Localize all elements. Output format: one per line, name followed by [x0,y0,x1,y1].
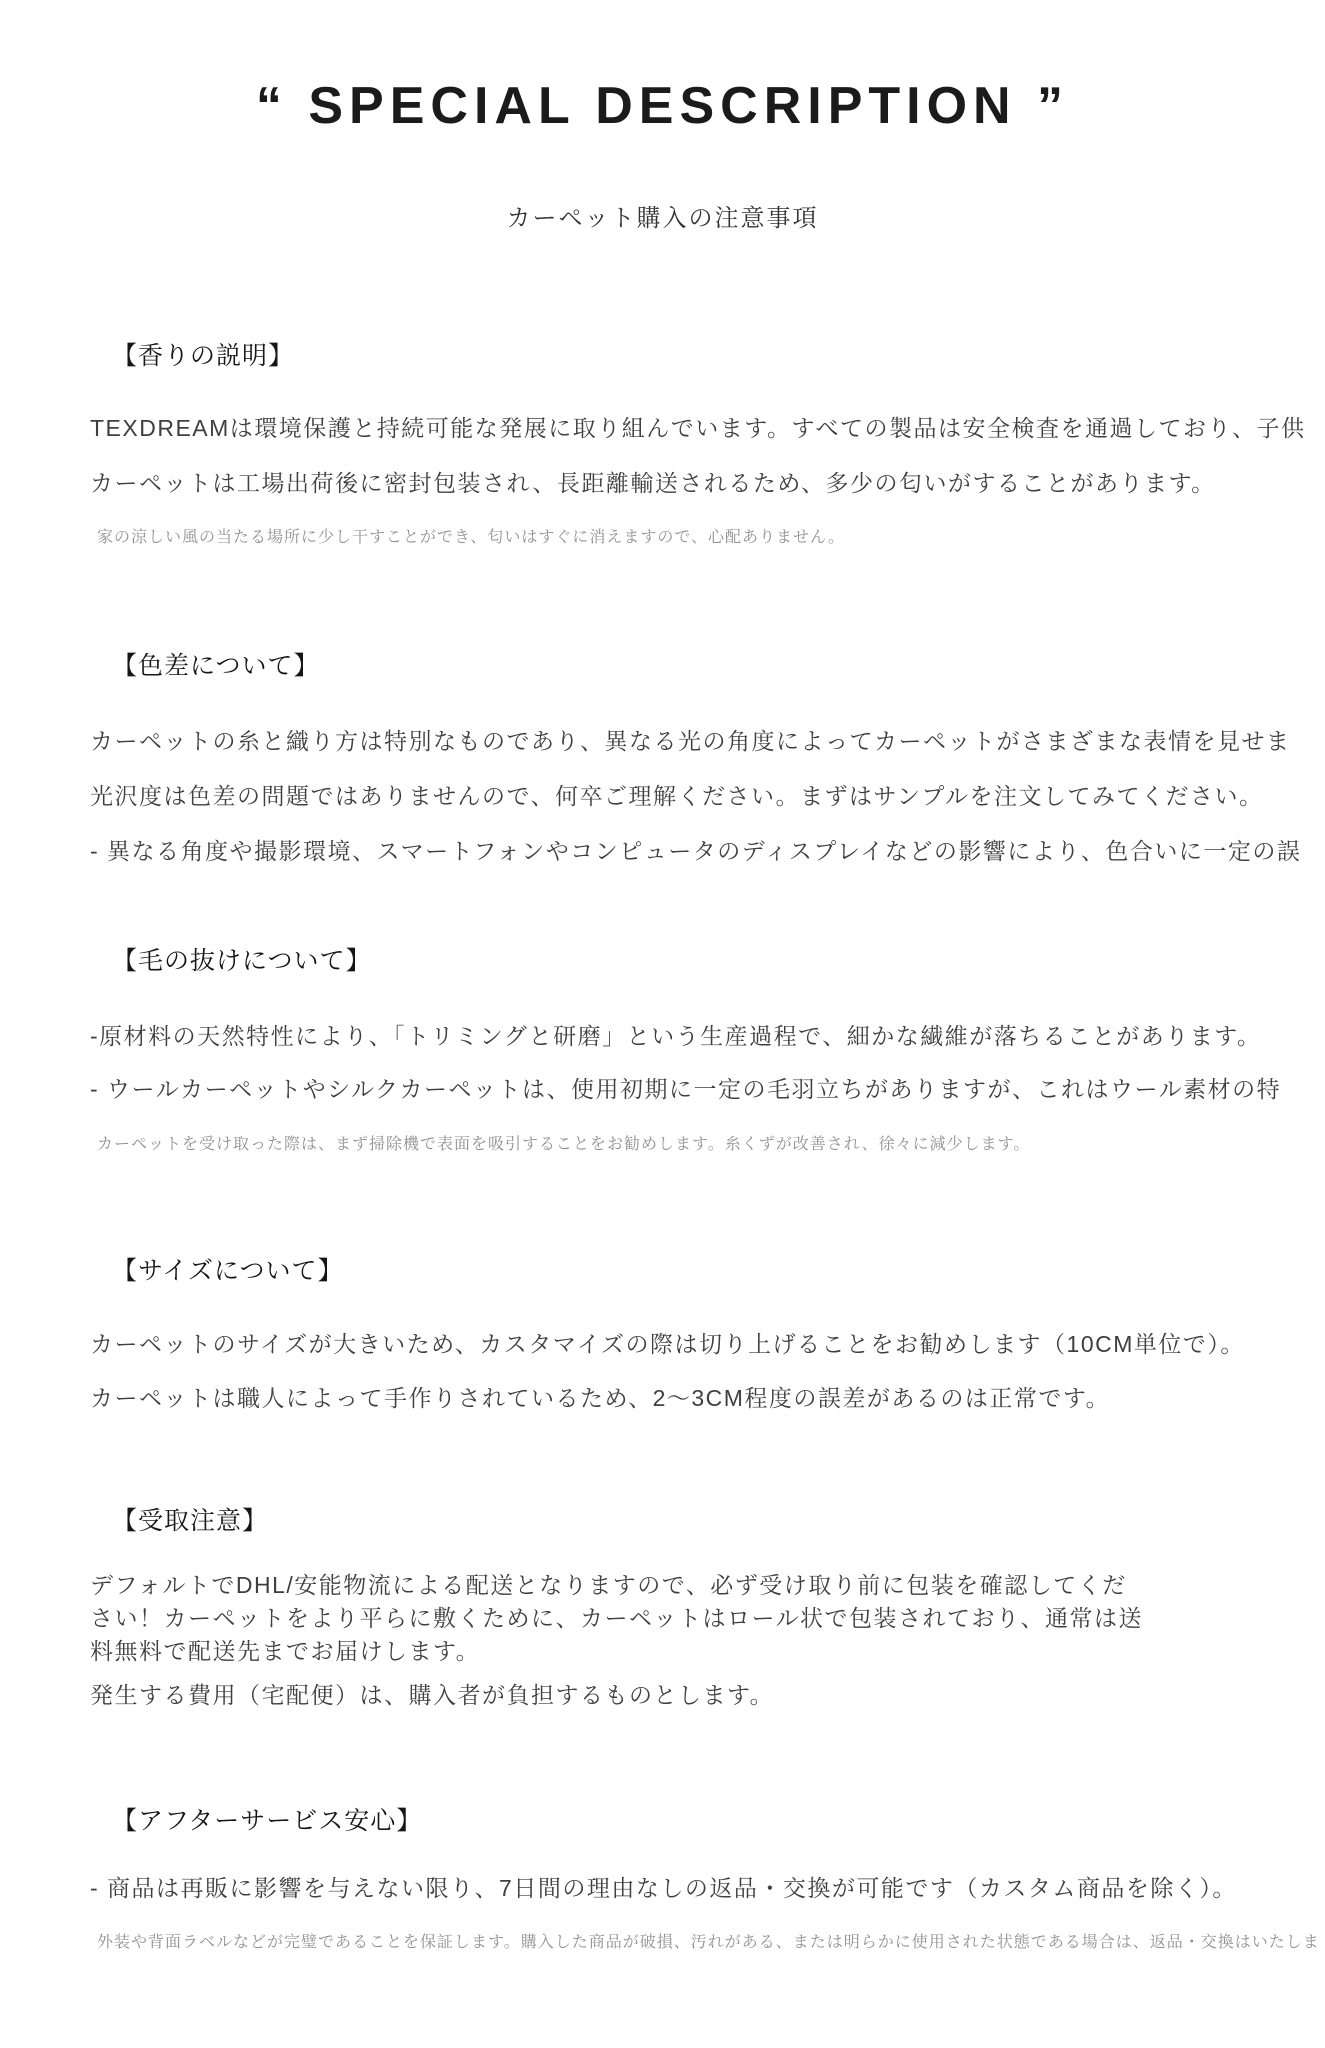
section-after-service-line: - 商品は再販に影響を与えない限り、7日間の理由なしの返品・交換が可能です（カス… [90,1870,1237,1903]
section-shedding-line: -原材料の天然特性により、「トリミングと研磨」という生産過程で、細かな繊維が落ち… [90,1018,1261,1051]
section-color-line: - 異なる角度や撮影環境、スマートフォンやコンピュータのディスプレイなどの影響に… [90,833,1301,866]
section-header-scent: 【香りの説明】 [112,336,294,372]
section-color-line: 光沢度は色差の問題ではありませんので、何卒ご理解ください。まずはサンプルを注文し… [90,778,1263,811]
section-scent-line: カーペットは工場出荷後に密封包装され、長距離輸送されるため、多少の匂いがすること… [90,465,1216,498]
section-header-shedding: 【毛の抜けについて】 [112,941,372,977]
section-size-line: カーペットは職人によって手作りされているため、2～3CM程度の誤差があるのは正常… [90,1380,1110,1413]
section-header-color-difference: 【色差について】 [112,646,320,682]
section-shedding-line: - ウールカーペットやシルクカーペットは、使用初期に一定の毛羽立ちがありますが、… [90,1071,1281,1104]
section-receiving-line: 発生する費用（宅配便）は、購入者が負担するものとします。 [90,1677,774,1710]
page-title: “ SPECIAL DESCRIPTION ” [0,76,1325,136]
section-size-line: カーペットのサイズが大きいため、カスタマイズの際は切り上げることをお勧めします（… [90,1326,1245,1359]
section-receiving-line: さい！カーペットをより平らに敷くために、カーペットはロール状で包装されており、通… [90,1600,1143,1633]
section-color-line: カーペットの糸と織り方は特別なものであり、異なる光の角度によってカーペットがさま… [90,723,1291,756]
special-description-page: “ SPECIAL DESCRIPTION ” カーペット購入の注意事項 【香り… [0,0,1325,2048]
section-receiving-line: デフォルトでDHL/安能物流による配送となりますので、必ず受け取り前に包装を確認… [90,1567,1127,1600]
page-subtitle: カーペット購入の注意事項 [0,198,1325,233]
section-shedding-note: カーペットを受け取った際は、まず掃除機で表面を吸引することをお勧めします。糸くず… [97,1131,1030,1154]
section-header-size: 【サイズについて】 [112,1251,344,1287]
section-after-service-note: 外装や背面ラベルなどが完璧であることを保証します。購入した商品が破損、汚れがある… [97,1929,1320,1952]
section-header-after-service: 【アフターサービス安心】 [112,1801,422,1837]
section-header-receiving: 【受取注意】 [112,1501,268,1537]
section-scent-line: TEXDREAMは環境保護と持続可能な発展に取り組んでいます。すべての製品は安全… [90,410,1306,443]
section-receiving-line: 料無料で配送先までお届けします。 [90,1633,480,1666]
section-scent-note: 家の涼しい風の当たる場所に少し干すことができ、匂いはすぐに消えますので、心配あり… [97,524,845,547]
